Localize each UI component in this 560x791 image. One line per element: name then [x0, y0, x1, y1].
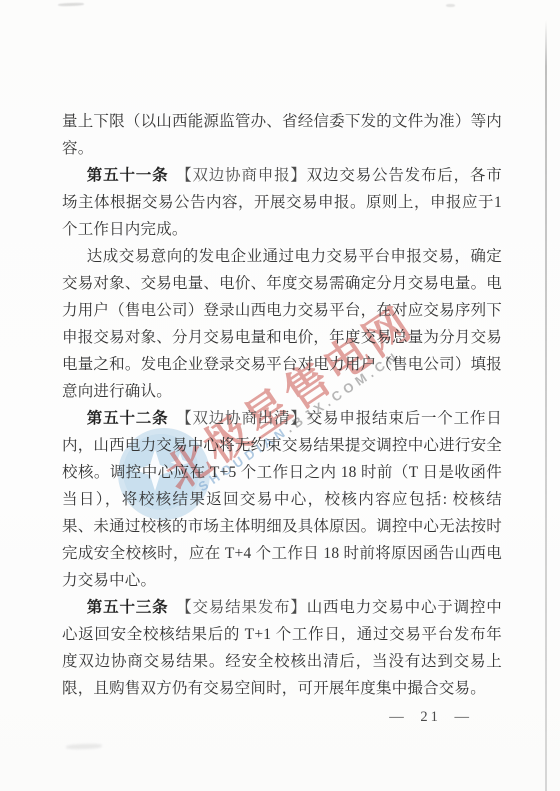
scan-edge-line: [545, 20, 547, 791]
scanned-document-page: 北极星售电网 SHOUDIAN.BJX.COM.CN 量上下限（以山西能源监管办…: [0, 0, 560, 791]
article-51-title: 【双边协商申报】: [176, 167, 307, 184]
paragraph-article-52: 第五十二条【双边协商出清】交易申报结束后一个工作日内，山西电力交易中心将无约束交…: [62, 405, 502, 594]
page-number: — 21 —: [0, 709, 472, 726]
paragraph-bilateral-intent: 达成交易意向的发电企业通过电力交易平台申报交易，确定交易对象、交易电量、电价、年…: [62, 243, 502, 405]
scan-smudge-bottom-left: [66, 743, 102, 749]
article-52-number: 第五十二条: [87, 410, 169, 427]
article-53-number: 第五十三条: [87, 599, 169, 616]
scan-smudge-top-left: [58, 3, 84, 7]
article-53-title: 【交易结果发布】: [176, 599, 307, 616]
scan-smudge-top-right: [446, 4, 455, 7]
paragraph-continuation: 量上下限（以山西能源监管办、省经信委下发的文件为准）等内容。: [62, 108, 502, 162]
article-52-text: 交易申报结束后一个工作日内，山西电力交易中心将无约束交易结果提交调控中心进行安全…: [62, 410, 502, 589]
article-51-number: 第五十一条: [87, 167, 169, 184]
article-52-title: 【双边协商出清】: [176, 410, 307, 427]
paragraph-article-51: 第五十一条【双边协商申报】双边交易公告发布后，各市场主体根据交易公告内容，开展交…: [62, 162, 502, 243]
paragraph-article-53: 第五十三条【交易结果发布】山西电力交易中心于调控中心返回安全校核结果后的 T+1…: [62, 594, 502, 702]
document-body: 量上下限（以山西能源监管办、省经信委下发的文件为准）等内容。 第五十一条【双边协…: [62, 108, 502, 702]
